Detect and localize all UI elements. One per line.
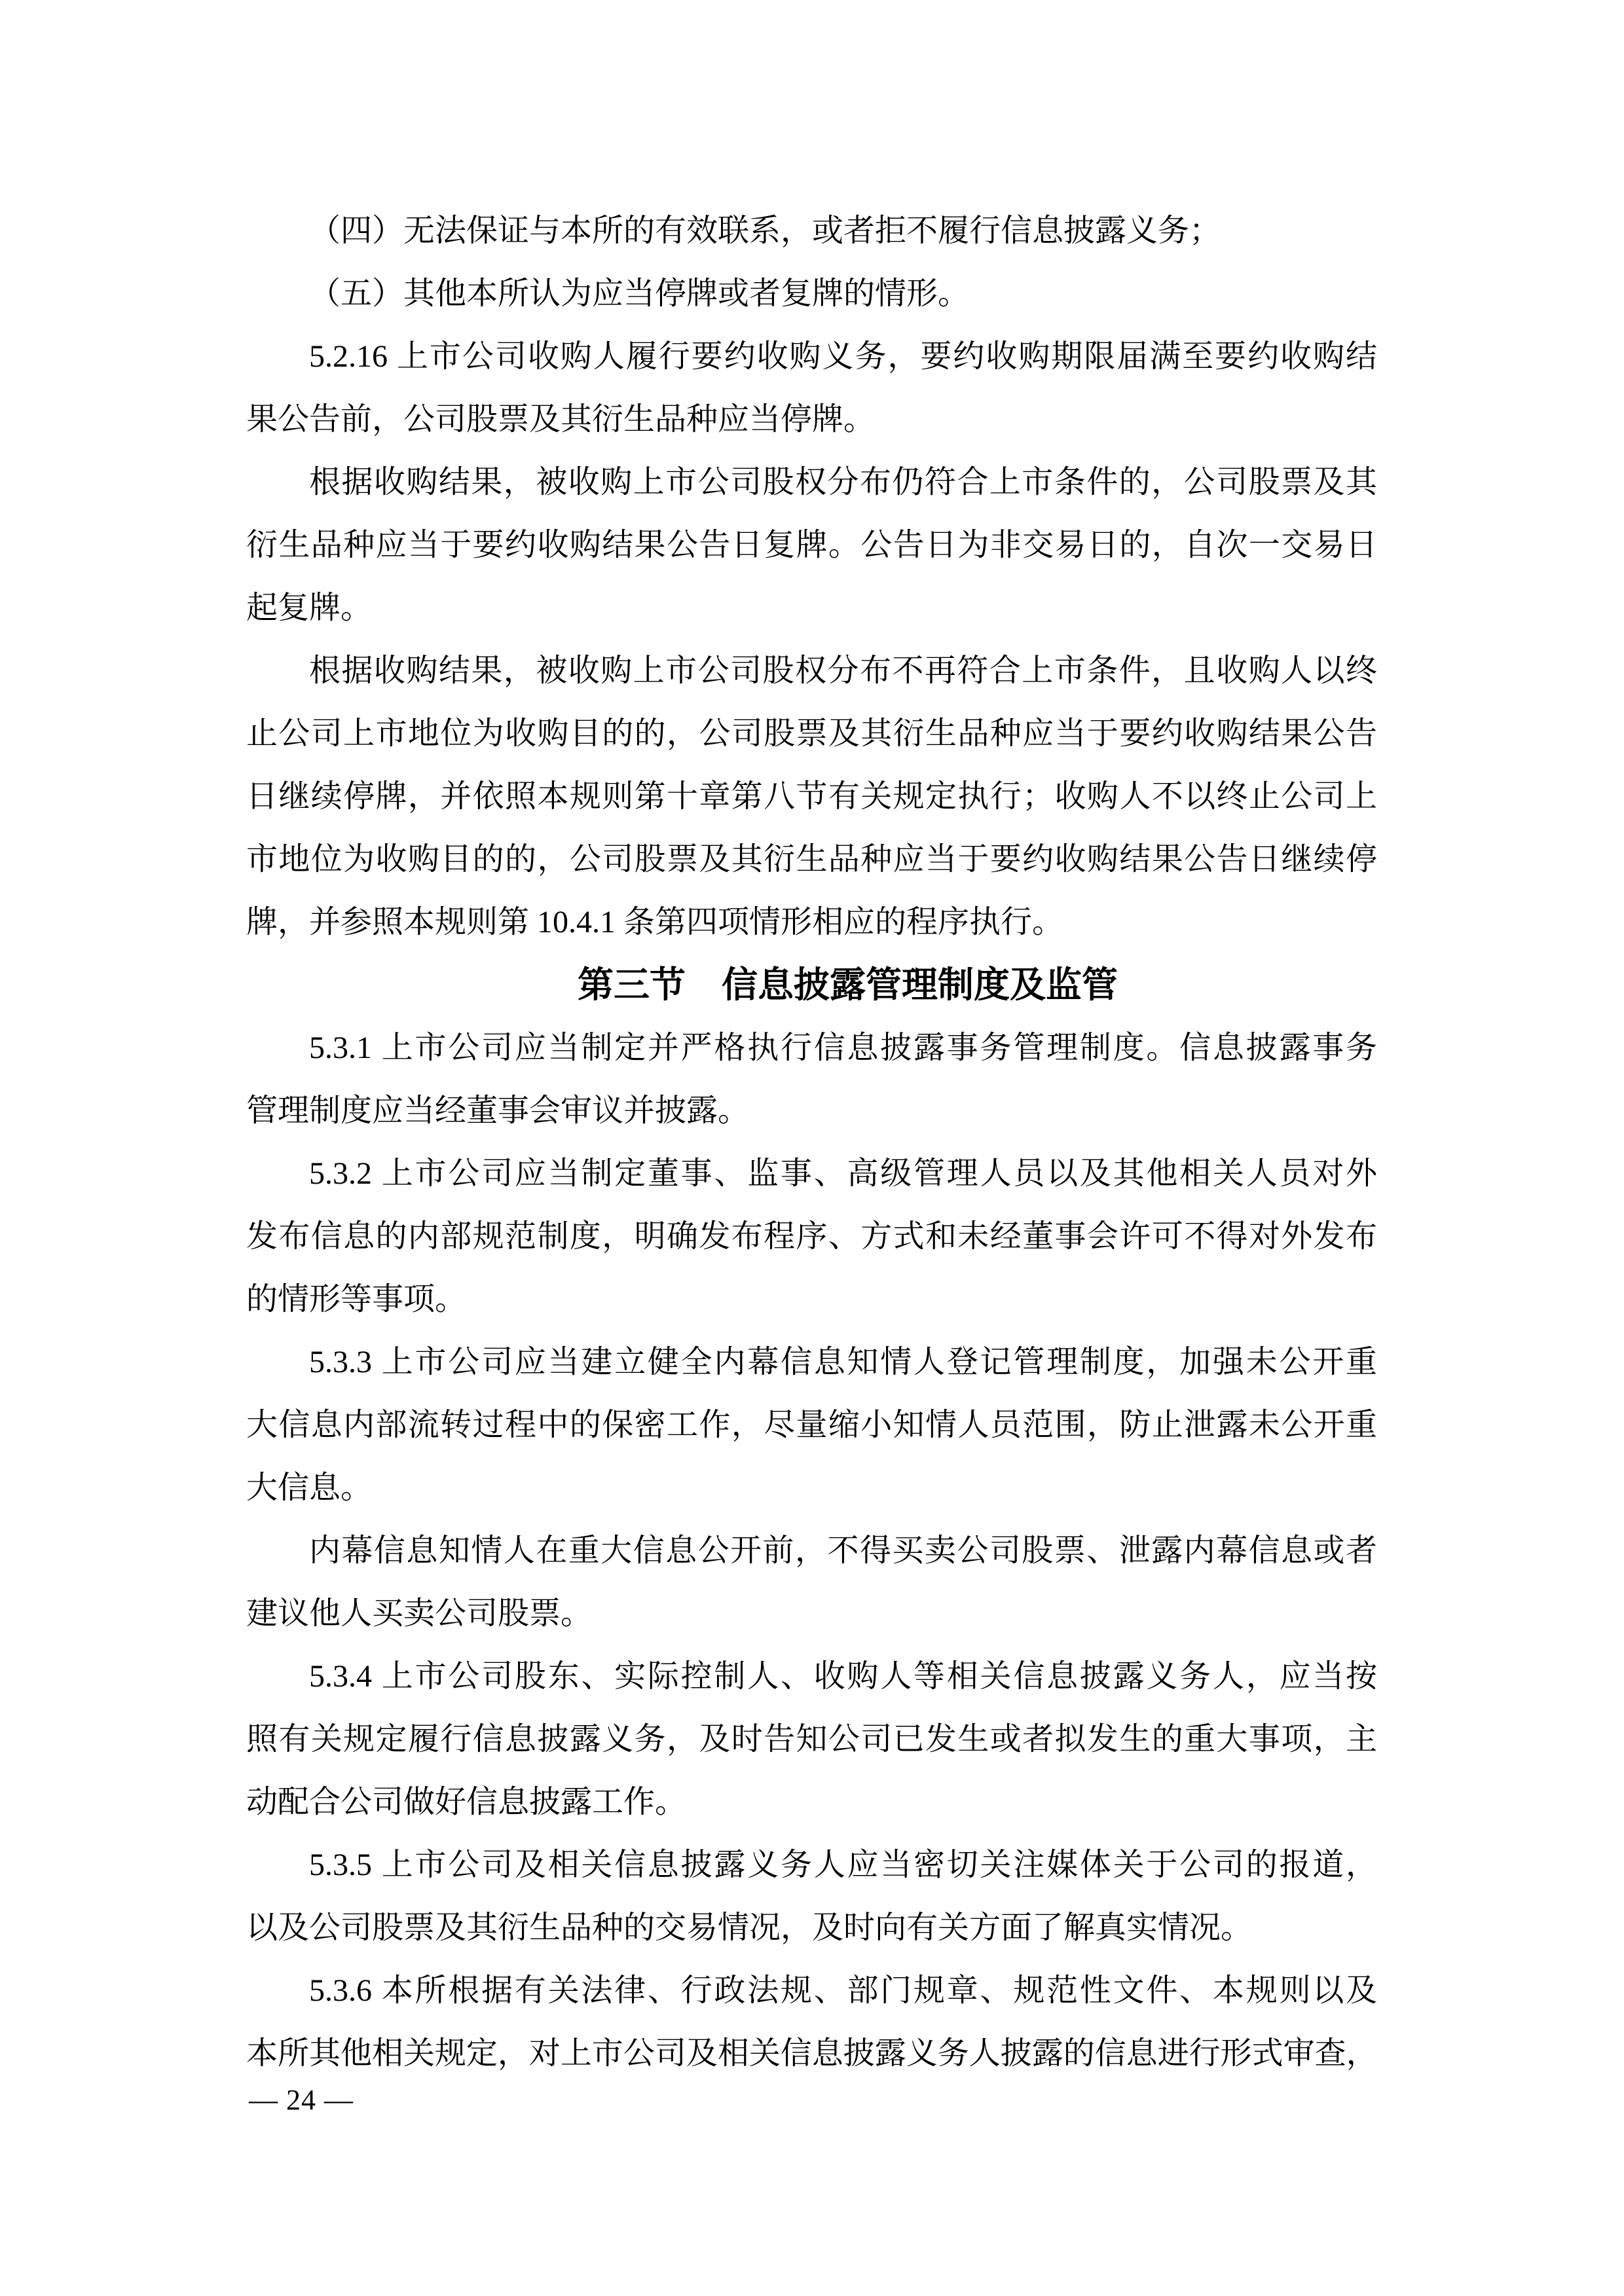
text-line: 以及公司股票及其衍生品种的交易情况，及时向有关方面了解真实情况。: [246, 1897, 1377, 1959]
text-line: 的情形等事项。: [246, 1268, 1377, 1331]
text-line: 牌，并参照本规则第 10.4.1 条第四项情形相应的程序执行。: [246, 891, 1377, 954]
text-line: 本所其他相关规定，对上市公司及相关信息披露义务人披露的信息进行形式审查，: [246, 2022, 1377, 2085]
text-line: 5.2.16 上市公司收购人履行要约收购义务，要约收购期限届满至要约收购结: [246, 325, 1377, 388]
text-line: 止公司上市地位为收购目的的，公司股票及其衍生品种应当于要约收购结果公告: [246, 702, 1377, 765]
text-line: 市地位为收购目的的，公司股票及其衍生品种应当于要约收购结果公告日继续停: [246, 828, 1377, 891]
text-line: 5.3.3 上市公司应当建立健全内幕信息知情人登记管理制度，加强未公开重: [246, 1331, 1377, 1394]
text-line: 5.3.6 本所根据有关法律、行政法规、部门规章、规范性文件、本规则以及: [246, 1959, 1377, 2022]
text-line: （五）其他本所认为应当停牌或者复牌的情形。: [246, 263, 1377, 325]
text-line: 照有关规定履行信息披露义务，及时告知公司已发生或者拟发生的重大事项，主: [246, 1708, 1377, 1771]
text-line: 建议他人买卖公司股票。: [246, 1582, 1377, 1645]
document-body: （四）无法保证与本所的有效联系，或者拒不履行信息披露义务；（五）其他本所认为应当…: [246, 200, 1377, 2085]
text-line: 管理制度应当经董事会审议并披露。: [246, 1080, 1377, 1142]
text-line: 5.3.5 上市公司及相关信息披露义务人应当密切关注媒体关于公司的报道，: [246, 1834, 1377, 1897]
text-line: （四）无法保证与本所的有效联系，或者拒不履行信息披露义务；: [246, 200, 1377, 263]
text-line: 5.3.1 上市公司应当制定并严格执行信息披露事务管理制度。信息披露事务: [246, 1017, 1377, 1080]
text-line: 5.3.4 上市公司股东、实际控制人、收购人等相关信息披露义务人，应当按: [246, 1645, 1377, 1708]
text-line: 衍生品种应当于要约收购结果公告日复牌。公告日为非交易日的，自次一交易日: [246, 514, 1377, 577]
text-line: 发布信息的内部规范制度，明确发布程序、方式和未经董事会许可不得对外发布: [246, 1205, 1377, 1268]
text-line: 大信息内部流转过程中的保密工作，尽量缩小知情人员范围，防止泄露未公开重: [246, 1394, 1377, 1457]
text-line: 起复牌。: [246, 577, 1377, 640]
section-heading: 第三节 信息披露管理制度及监管: [246, 954, 1377, 1017]
page-number: — 24 —: [249, 2082, 354, 2119]
text-line: 果公告前，公司股票及其衍生品种应当停牌。: [246, 388, 1377, 451]
text-line: 大信息。: [246, 1457, 1377, 1520]
text-line: 根据收购结果，被收购上市公司股权分布仍符合上市条件的，公司股票及其: [246, 451, 1377, 514]
document-page: （四）无法保证与本所的有效联系，或者拒不履行信息披露义务；（五）其他本所认为应当…: [0, 0, 1624, 2296]
text-line: 5.3.2 上市公司应当制定董事、监事、高级管理人员以及其他相关人员对外: [246, 1142, 1377, 1205]
text-line: 内幕信息知情人在重大信息公开前，不得买卖公司股票、泄露内幕信息或者: [246, 1520, 1377, 1582]
text-line: 根据收购结果，被收购上市公司股权分布不再符合上市条件，且收购人以终: [246, 640, 1377, 702]
text-line: 日继续停牌，并依照本规则第十章第八节有关规定执行；收购人不以终止公司上: [246, 765, 1377, 828]
text-line: 动配合公司做好信息披露工作。: [246, 1771, 1377, 1834]
